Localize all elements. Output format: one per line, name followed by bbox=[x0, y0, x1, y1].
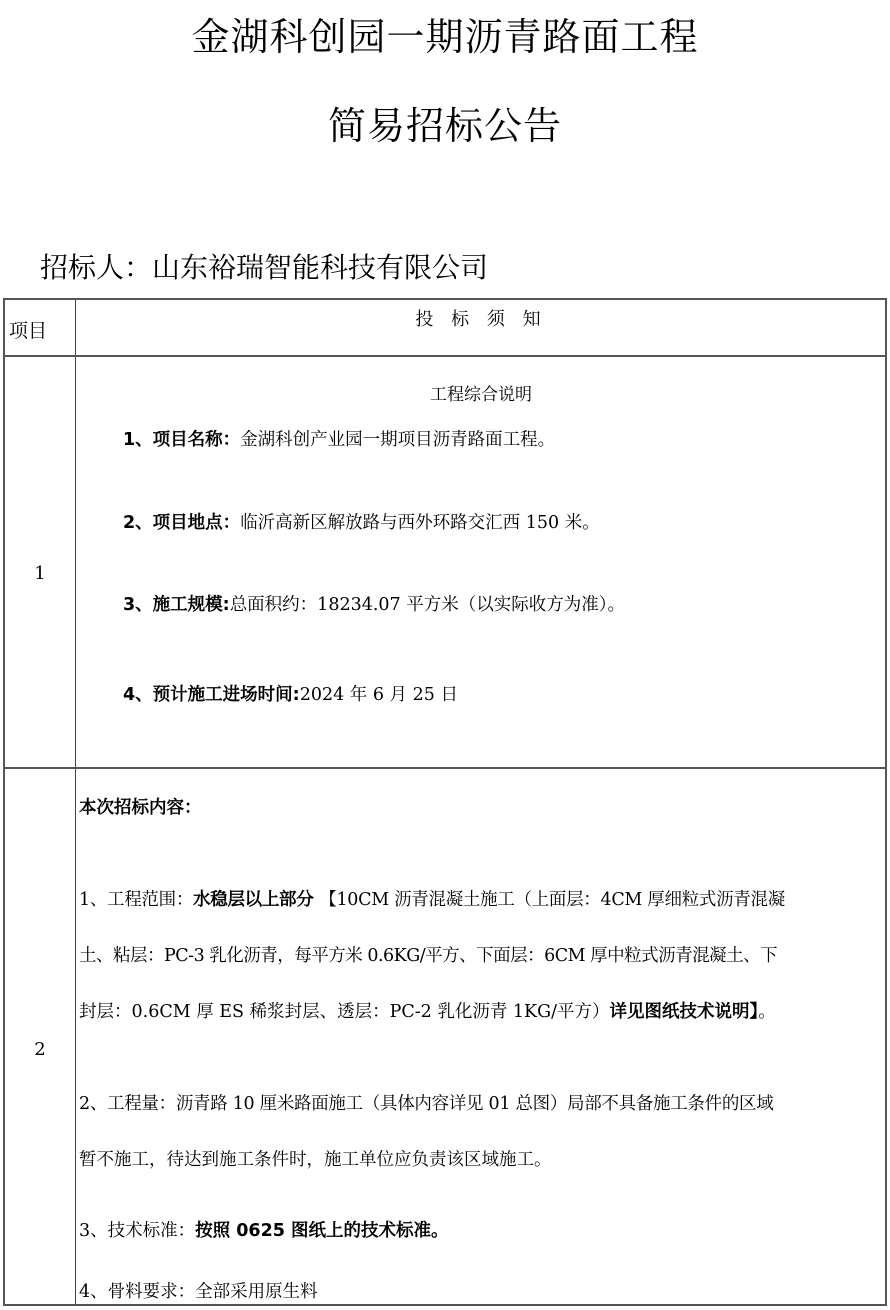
quantity-line-2: 暂不施工，待达到施工条件时，施工单位应负责该区域施工。 bbox=[79, 1148, 887, 1172]
bidder-label: 招标人： bbox=[40, 251, 152, 284]
document-subtitle: 简易招标公告 bbox=[0, 104, 890, 148]
document-title: 金湖科创园一期沥青路面工程 bbox=[0, 15, 890, 59]
section-title: 工程综合说明 bbox=[75, 383, 887, 407]
info-item-start-date: 4、预计施工进场时间:2024 年 6 月 25 日 bbox=[123, 683, 890, 707]
header-item-column: 项目 bbox=[9, 319, 47, 343]
scope-line-1: 1、工程范围：水稳层以上部分 【10CM 沥青混凝土施工（上面层：4CM 厚细粒… bbox=[79, 888, 887, 912]
bidder-name: 山东裕瑞智能科技有限公司 bbox=[152, 251, 488, 284]
info-item-project-name: 1、项目名称：金湖科创产业园一期项目沥青路面工程。 bbox=[123, 428, 890, 452]
tender-content-heading: 本次招标内容： bbox=[79, 796, 887, 820]
info-item-scale: 3、施工规模:总面积约：18234.07 平方米（以实际收方为准）。 bbox=[123, 593, 890, 617]
scope-line-3: 封层：0.6CM 厚 ES 稀浆封层、透层：PC-2 乳化沥青 1KG/平方）详… bbox=[79, 1000, 887, 1024]
tech-standard: 3、技术标准：按照 0625 图纸上的技术标准。 bbox=[79, 1219, 887, 1243]
bidder-line: 招标人：山东裕瑞智能科技有限公司 bbox=[40, 250, 488, 286]
row-divider bbox=[5, 355, 885, 357]
bid-notice-table: 项目 投 标 须 知 1 工程综合说明 1、项目名称：金湖科创产业园一期项目沥青… bbox=[3, 298, 887, 1306]
row-divider bbox=[5, 767, 885, 769]
row-number: 1 bbox=[5, 562, 75, 586]
row-number: 2 bbox=[5, 1038, 75, 1062]
quantity-line-1: 2、工程量：沥青路 10 厘米路面施工（具体内容详见 01 总图）局部不具备施工… bbox=[79, 1092, 887, 1116]
scope-line-2: 土、粘层：PC-3 乳化沥青，每平方米 0.6KG/平方、下面层：6CM 厚中粒… bbox=[79, 944, 887, 968]
header-notice-column: 投 标 须 知 bbox=[75, 308, 887, 332]
column-divider bbox=[75, 300, 76, 1304]
info-item-location: 2、项目地点：临沂高新区解放路与西外环路交汇西 150 米。 bbox=[123, 511, 890, 535]
aggregate-requirement: 4、骨料要求：全部采用原生料 bbox=[79, 1280, 887, 1304]
